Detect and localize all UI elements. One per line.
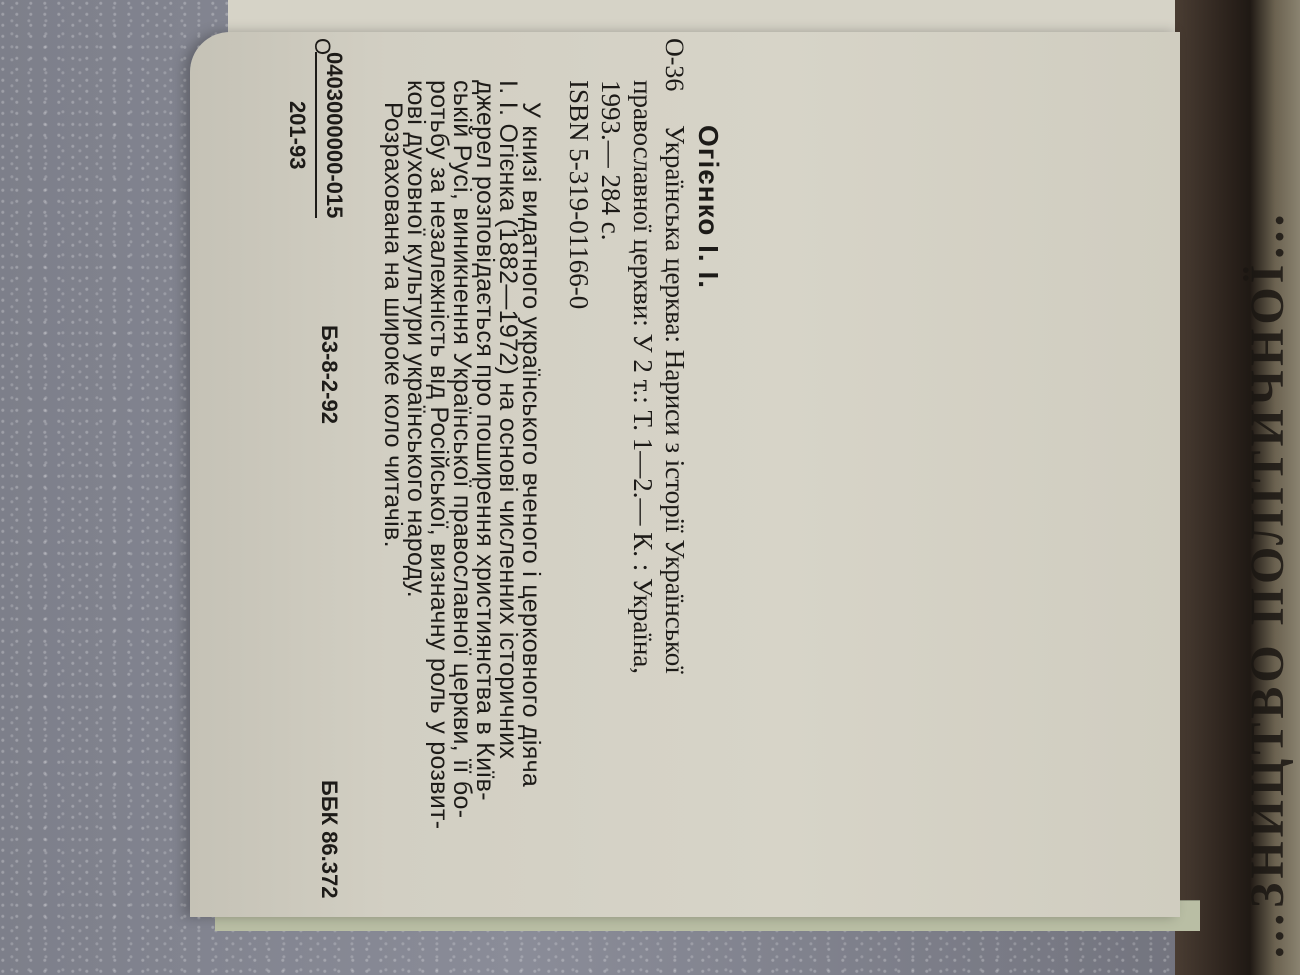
abstract: У книзі видатного українського вченого і… [381, 80, 542, 680]
catalog-card: Огієнко І. І. О-36 Українська церква: На… [200, 80, 720, 930]
series-code: Б3-8-2-92 [314, 325, 345, 424]
abstract-line: джерел розповідається про поширення хрис… [473, 80, 496, 680]
index-fraction: О 0403000000-015 201-93 [282, 52, 350, 218]
spine-title: …ЗНИЦТВО ПОЛІТИЧНОЇ… [1238, 80, 1298, 960]
abstract-line: ській Русі, виникнення Української право… [450, 80, 473, 680]
abstract-line: У книзі видатного українського вченого і… [519, 80, 542, 680]
audience-note: Розрахована на широке коло читачів. [381, 80, 404, 680]
abstract-line: ротьбу за незалежність від Російської, в… [427, 80, 450, 680]
author-name: Огієнко І. І. [693, 125, 724, 289]
index-prefix: О [307, 38, 338, 55]
index-numerator: 0403000000-015 [315, 52, 350, 218]
bbk-code: ББК 86.372 [314, 780, 345, 898]
classification-code: О-36 [659, 38, 690, 91]
index-denominator: 201-93 [282, 52, 315, 218]
title-line-3: 1993.— 284 с. [595, 80, 626, 240]
title-line-2: православної церкви: У 2 т.: Т. 1—2.— К.… [627, 80, 658, 674]
title-line-1: Українська церква: Нариси з історії Укра… [659, 125, 690, 674]
abstract-line: І. І. Огієнка (1882—1972) на основі числ… [496, 80, 519, 680]
isbn: ISBN 5-319-01166-0 [563, 80, 594, 309]
abstract-line: кові духовної культури українського наро… [404, 80, 427, 680]
